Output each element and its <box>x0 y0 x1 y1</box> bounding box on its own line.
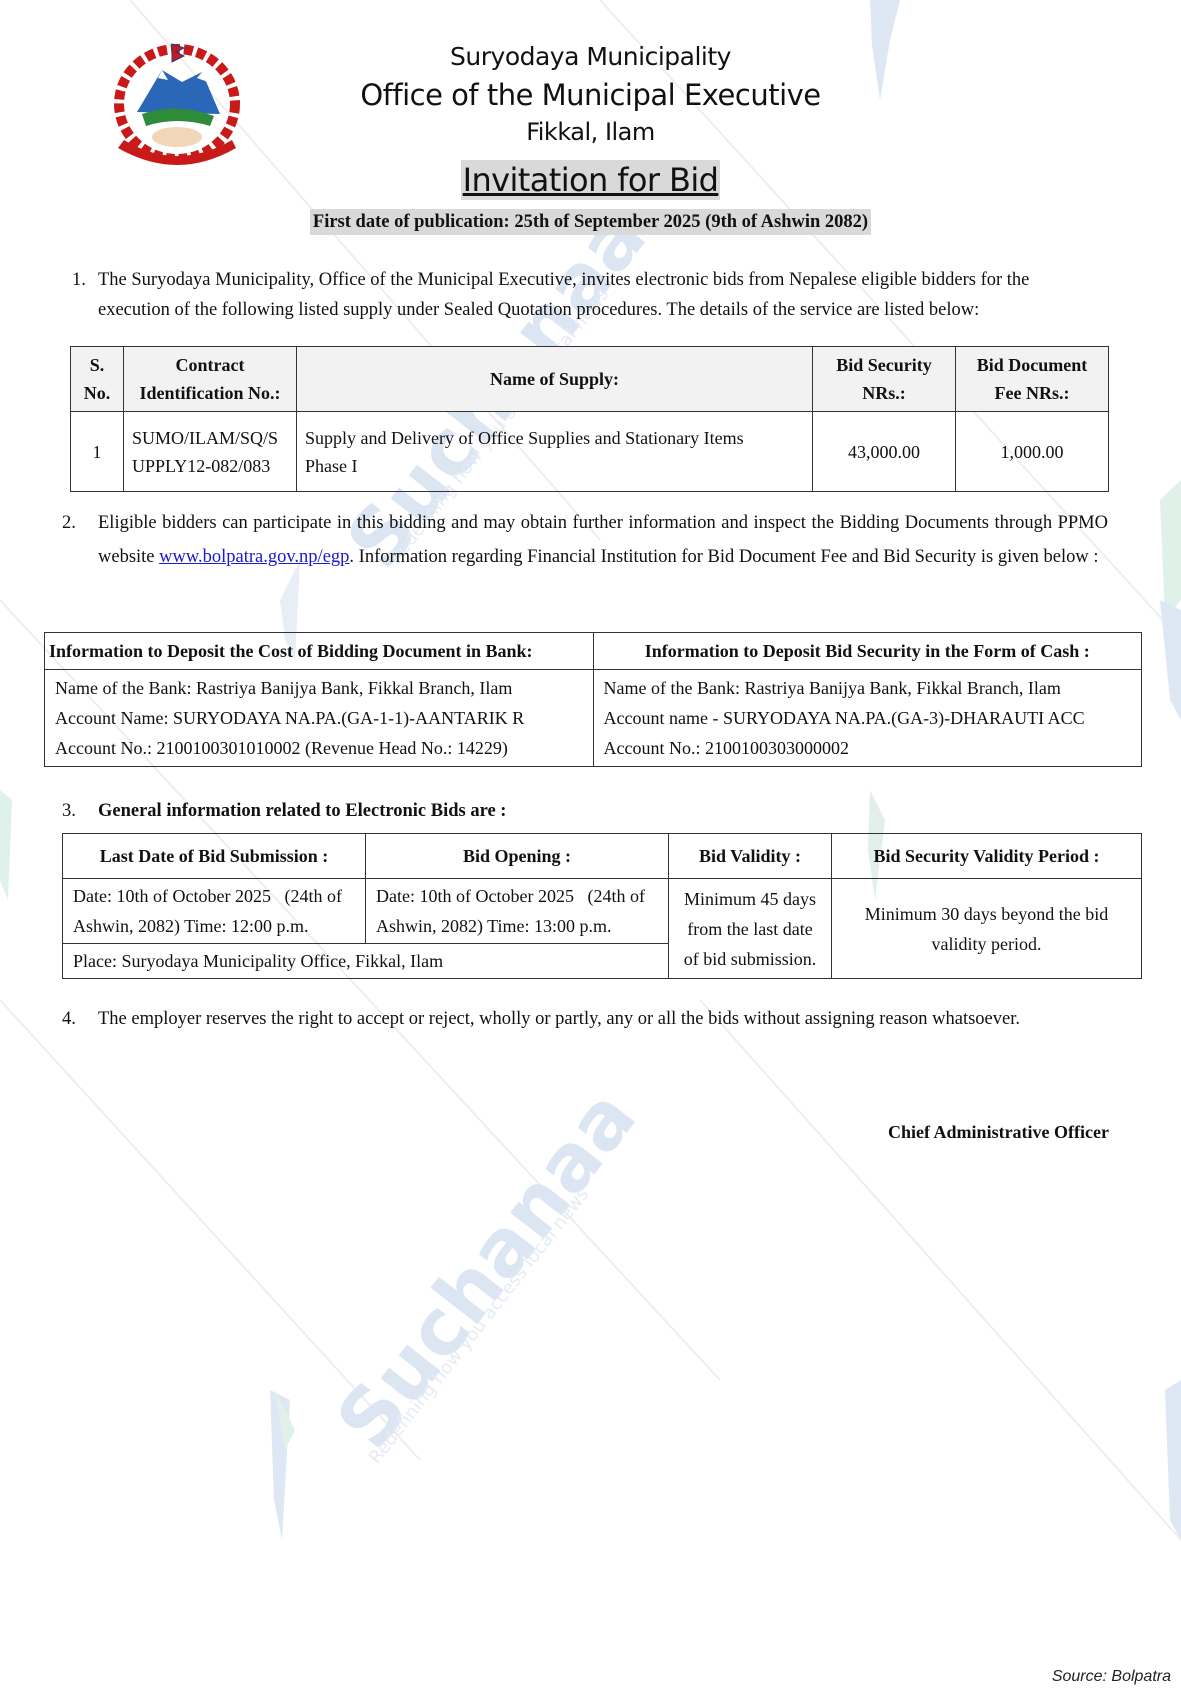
col-opening: Bid Opening : <box>366 834 669 879</box>
table-row: 1 SUMO/ILAM/SQ/SUPPLY12-082/083 Supply a… <box>71 412 1109 492</box>
municipality-name: Suryodaya Municipality <box>0 42 1181 71</box>
section-number: 1. <box>72 265 86 295</box>
col-bidding-document-bank: Information to Deposit the Cost of Biddi… <box>45 633 594 670</box>
page-title: Invitation for Bid <box>461 160 721 200</box>
bank-name: Name of the Bank: Rastriya Banijya Bank,… <box>604 673 1132 703</box>
section-1-line: The Suryodaya Municipality, Office of th… <box>98 265 1112 295</box>
bolpatra-link[interactable]: www.bolpatra.gov.np/egp <box>159 547 349 567</box>
col-submission: Last Date of Bid Submission : <box>63 834 366 879</box>
cell-supply: Supply and Delivery of Office Supplies a… <box>297 412 813 492</box>
bank-name: Name of the Bank: Rastriya Banijya Bank,… <box>55 673 583 703</box>
watermark-brand: Suchanaa <box>320 1074 654 1466</box>
cell-security: 43,000.00 <box>813 412 956 492</box>
col-contract: Contract Identification No.: <box>124 347 297 412</box>
section-number: 4. <box>62 1004 76 1034</box>
supply-table: S. No. Contract Identification No.: Name… <box>70 346 1109 492</box>
office-location: Fikkal, Ilam <box>0 118 1181 146</box>
account-name: Account Name: SURYODAYA NA.PA.(GA-1-1)-A… <box>55 703 583 733</box>
security-validity: Minimum 30 days beyond the bid validity … <box>832 879 1142 979</box>
table-header-row: Last Date of Bid Submission : Bid Openin… <box>63 834 1142 879</box>
account-number: Account No.: 2100100301010002 (Revenue H… <box>55 733 583 763</box>
section-1-line: execution of the following listed supply… <box>98 295 1112 325</box>
account-number: Account No.: 2100100303000002 <box>604 733 1132 763</box>
cell-sno: 1 <box>71 412 124 492</box>
bank-info-table: Information to Deposit the Cost of Biddi… <box>44 632 1142 767</box>
signature: Chief Administrative Officer <box>888 1122 1109 1143</box>
table-header-row: S. No. Contract Identification No.: Name… <box>71 347 1109 412</box>
col-security-validity: Bid Security Validity Period : <box>832 834 1142 879</box>
col-sno: S. No. <box>71 347 124 412</box>
table-header-row: Information to Deposit the Cost of Biddi… <box>45 633 1142 670</box>
section-number: 3. <box>62 796 76 826</box>
electronic-bids-table: Last Date of Bid Submission : Bid Openin… <box>62 833 1142 979</box>
submission-date: Date: 10th of October 2025 (24th of Ashw… <box>63 879 366 944</box>
cell-fee: 1,000.00 <box>956 412 1109 492</box>
account-name: Account name - SURYODAYA NA.PA.(GA-3)-DH… <box>604 703 1132 733</box>
section-3-heading: General information related to Electroni… <box>98 796 1062 826</box>
opening-date: Date: 10th of October 2025 (24th of Ashw… <box>366 879 669 944</box>
cell-contract: SUMO/ILAM/SQ/SUPPLY12-082/083 <box>124 412 297 492</box>
bid-place: Place: Suryodaya Municipality Office, Fi… <box>63 944 669 979</box>
col-supply: Name of Supply: <box>297 347 813 412</box>
section-2: 2. Eligible bidders can participate in t… <box>62 506 1108 574</box>
section-4: 4. The employer reserves the right to ac… <box>62 1004 1162 1034</box>
col-bid-security-cash: Information to Deposit Bid Security in t… <box>593 633 1142 670</box>
col-fee: Bid Document Fee NRs.: <box>956 347 1109 412</box>
col-security: Bid Security NRs.: <box>813 347 956 412</box>
bid-security-bank-info: Name of the Bank: Rastriya Banijya Bank,… <box>593 670 1142 767</box>
col-validity: Bid Validity : <box>669 834 832 879</box>
table-row: Date: 10th of October 2025 (24th of Ashw… <box>63 879 1142 944</box>
watermark-tagline: Redefining how you access local news <box>365 1184 593 1468</box>
section-2-text: . Information regarding Financial Instit… <box>349 547 1098 567</box>
section-number: 2. <box>62 506 76 540</box>
table-row: Name of the Bank: Rastriya Banijya Bank,… <box>45 670 1142 767</box>
office-name: Office of the Municipal Executive <box>0 78 1181 112</box>
source-note: Source: Bolpatra <box>1052 1668 1171 1686</box>
section-1: 1. The Suryodaya Municipality, Office of… <box>72 265 1112 325</box>
section-3: 3. General information related to Electr… <box>62 796 1062 826</box>
bidding-document-bank-info: Name of the Bank: Rastriya Banijya Bank,… <box>45 670 594 767</box>
bid-validity: Minimum 45 days from the last date of bi… <box>669 879 832 979</box>
section-4-text: The employer reserves the right to accep… <box>98 1004 1162 1034</box>
publication-date: First date of publication: 25th of Septe… <box>310 209 871 235</box>
